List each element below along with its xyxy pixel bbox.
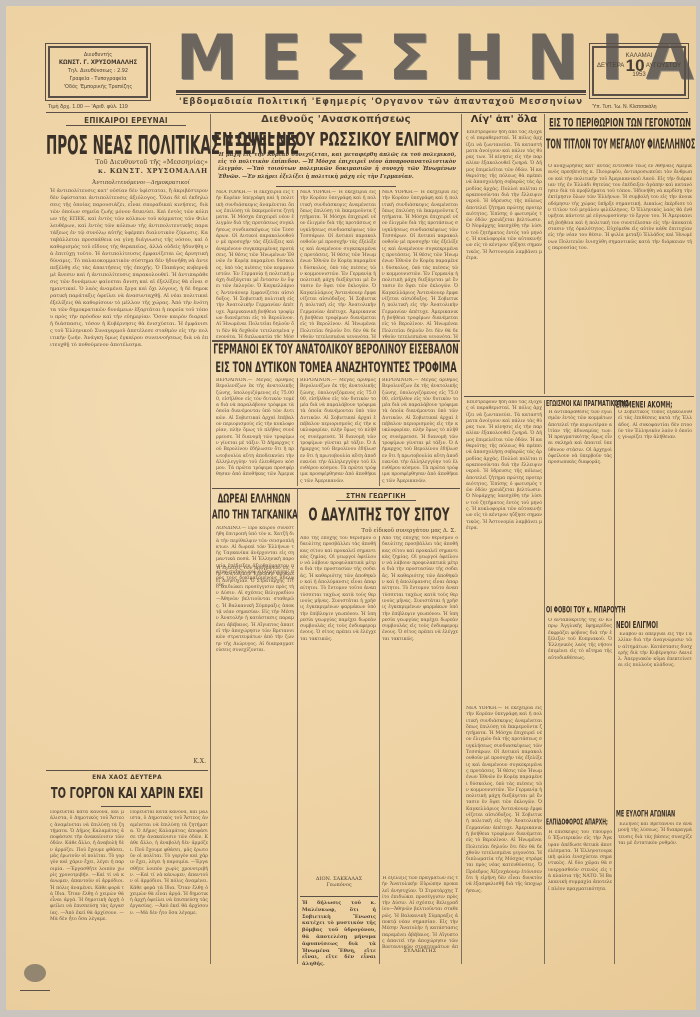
misc-kicker: Λίγ' ἀπ' ὅλα (464, 114, 544, 125)
philhellene-body: Ὁ ἀναχωρήσας κατ' αὐτὰς ἐντεῦθεν τέως ἐν… (548, 164, 692, 390)
grain-signature: ΔΙΟΝ. ΣΑΚΚΑΛΑΣ Γεωπόνος (302, 876, 376, 888)
publisher-line: 'Υπ. Τυπ. 'Ιω. Ν. Κλατσακάλη (592, 104, 657, 110)
section-rule (212, 488, 460, 489)
masthead-subtitle: 'Εβδομαδιαία Πολιτική 'Εφημερίς 'Οργανον… (176, 97, 586, 107)
intl-review-headline: ΕΝ ΟΨΕΙ ΝΕΟΥ ΡΩΣΣΙΚΟΥ ΕΛΙΓΜΟΥ (212, 130, 460, 151)
intl-review-lead: Ἡ μάχη εἰς τὴν Κορέαν συνεχίζεται, καὶ μ… (218, 152, 456, 184)
still-more-body: Ὁ Σοβιετικὸς τύπος ἐξακολουθεῖ τὰς ἐπιθέ… (618, 410, 692, 632)
header-rule (46, 112, 688, 113)
grain-headline: Ο ΔΑΥΛΙΤΗΣ ΤΟΥ ΣΙΤΟΥ (298, 504, 460, 525)
left-lead-headline: ΠΡΟΣ ΝΕΑΣ ΠΟΛΙΤΙΚΑΣ ΕΞΕΛΙΞΕΙΣ (46, 130, 208, 161)
intl-review-kicker: Διεθνοῦς 'Ανασκοπήσεως (231, 114, 441, 125)
intl-review-body-col3: ΝΕΑ ΥΟΡΚΗ.— Ἡ ἐκεχειρία εἰς τὴν Κορέαν ὑ… (382, 190, 458, 338)
tanganyika-headline-1: ΔΩΡΕΑΙ ΕΛΛΗΝΩΝ (212, 492, 296, 506)
masthead-title: ΜΕΣΣΗΝΙΑ (176, 28, 586, 88)
grain-kicker: ΣΤΗΝ ΓΕΩΡΓΙΚΗ (336, 492, 416, 501)
editor-box: Διευθυντής ΚΩΝΣΤ. Γ. ΧΡΥΣΟΜΑΛΛΗΣ Τηλ. Δι… (48, 46, 148, 98)
stamp-rule (20, 990, 50, 991)
center-left-body: Ἡ ἐξέλιξις τῶν πραγμάτων εἰς τὴν Ἀνατολι… (216, 566, 294, 956)
column-rule (379, 190, 380, 338)
date-line: ΔΕΥΤΕΡΑ 10 ΑΥΓΟΥΣΤΟΥ (594, 61, 684, 71)
grain-body-col2: Ἀπὸ τῆς ἐποχῆς τοῦ θερισμοῦ ὁ δαυλίτης π… (382, 536, 458, 876)
tanganyika-headline-2: ΑΠΟ ΤΗΝ ΤΑΓΚΑΝΙΚΑ (212, 508, 296, 522)
headline-underline (101, 806, 151, 807)
grain-body-col1: Ἀπὸ τῆς ἐποχῆς τοῦ θερισμοῦ ὁ δαυλίτης π… (300, 536, 376, 876)
section-rule (300, 896, 378, 897)
section-rule (212, 340, 460, 342)
hopeful-start-headline: ΕΛΠΙΔΟΦΟΡΟΣ ΑΠΑΡΧΗ; (546, 818, 614, 828)
misc-body: Ἐπιστρέφουν ἤδη ἀπὸ τὰς ἐξοχὰς οἱ παραθε… (466, 130, 542, 395)
right-col1-lower-body: ΝΕΑ ΥΟΡΚΗ.— Ἡ ἐκεχειρία εἰς τὴν Κορέαν ὑ… (466, 706, 542, 946)
germany-headline-1: ΓΕΡΜΑΝΟΙ ΕΚ ΤΟΥ ΑΝΑΤΟΛΙΚΟΥ ΒΕΡΟΛΙΝΟΥ ΕΙΣ… (212, 343, 460, 358)
masthead-rule-thin (176, 94, 586, 95)
price-line: Τιμὴ δρχ. 1.00 — 'Αριθ. φύλ. 119 (48, 104, 128, 110)
editor-label: Διευθυντής (50, 51, 146, 59)
library-stamp (24, 964, 46, 982)
date-box: ΚΑΛΑΜΑΙ ΔΕΥΤΕΡΑ 10 ΑΥΓΟΥΣΤΟΥ 1953 (592, 46, 686, 96)
newspaper-page: Διευθυντής ΚΩΝΣΤ. Γ. ΧΡΥΣΟΜΑΛΛΗΣ Τηλ. Δι… (6, 6, 696, 1010)
new-struggles-headline: ΝΕΟΙ ΕΛΙΓΜΟΙ (616, 620, 694, 631)
malenkov-note: Ἡ δήλωσις τοῦ κ. Μαλένκωφ, ὅτι ἡ Σοβιετι… (302, 900, 376, 968)
left-lead-byline: Τοῦ Διευθυντοῦ τῆς «Μεσσηνίας» κ. ΚΩΝΣΤ.… (66, 158, 208, 176)
fears-headline: ΟΙ ΦΟΒΟΙ ΤΟΥ κ. ΜΠΑΡΟΥΤΗ (546, 606, 614, 616)
left-lead-body: Ἡ ἀντιπολίτευσις κατ' οὐσίαν δὲν ὑφίστατ… (50, 188, 208, 756)
still-more-headline: ΕΠΙΜΕΝΕΙ ΑΚΟΜΗ; (616, 400, 694, 411)
left-lead-signature: Κ.Χ. (156, 758, 206, 765)
year: 1953 (594, 71, 684, 80)
section-rule (46, 770, 208, 771)
hopeful-start-body: Ἡ ἐπίσκεψις τοῦ Ὑπουργοῦ Ἐξωτερικῶν εἰς … (548, 830, 612, 958)
section-rule (464, 396, 694, 397)
fears-body: Ὁ ἀνταποκριτὴς τῆς ἐν Κύπρῳ Ἀγγλικῆς ἐφη… (548, 618, 612, 808)
column-rule (379, 378, 380, 486)
germany-body-col2: ΒΕΡΟΛΙΝΟΝ.— Μέγας ἀριθμὸς Βερολινέζων ἐκ… (300, 378, 376, 486)
masthead-rule (176, 90, 586, 93)
quarrels-body: Ἡ ἀντιπαράθεσις τῶν ἐγωισμῶν ἐντὸς τῶν κ… (548, 410, 612, 580)
lead-rule (276, 186, 396, 187)
left-lead-kicker: ΕΠΙΚΑΙΡΟΙ ΕΡΕΥΝΑΙ (66, 116, 186, 126)
germany-body-col1: ΒΕΡΟΛΙΝΟΝ.— Μέγας ἀριθμὸς Βερολινέζων ἐκ… (216, 378, 294, 478)
center-bottom-signature: ΣΥΛΛΕΚΤΗΣ (382, 948, 458, 954)
philhellene-kicker: ΕΙΣ ΤΟ ΠΕΡΙΘΩΡΙΟΝ ΤΩΝ ΓΕΓΟΝΟΤΩΝ (546, 116, 694, 130)
germany-headline-2: ΕΙΣ ΤΟΝ ΔΥΤΙΚΟΝ ΤΟΜΕΑ ΑΝΑΖΗΤΟΥΝΤΕΣ ΤΡΟΦΙ… (212, 360, 460, 377)
column-rule (297, 378, 298, 486)
new-struggles-body: Ἔλαβον αἱ ἀπεργίαι εἰς τὴν Γαλλίαν διὰ τ… (618, 632, 692, 802)
right-col1-body: Ἐπιστρέφουν ἤδη ἀπὸ τὰς ἐξοχὰς οἱ παραθε… (466, 400, 542, 700)
editor-name: ΚΩΝΣΤ. Γ. ΧΡΥΣΟΜΑΛΛΗΣ (50, 59, 146, 67)
offices-label: Γραφεῖα - Τυπογραφεῖα (50, 75, 146, 83)
quarrels-headline: ΕΓΩΙΣΜΟΙ ΚΑΙ ΠΡΑΓΜΑΤΙΚΟΤΗΣ (546, 400, 614, 409)
column-rule (297, 488, 298, 964)
column-rule (210, 114, 211, 964)
column-rule (461, 114, 462, 964)
monday-kicker: ΕΝΑ ΧΑΟΣ ΔΕΥΤΕΡΑ (46, 773, 208, 781)
germany-body-col3: ΒΕΡΟΛΙΝΟΝ.— Μέγας ἀριθμὸς Βερολινέζων ἐκ… (382, 378, 458, 486)
intl-review-body-col2: ΝΕΑ ΥΟΡΚΗ.— Ἡ ἐκεχειρία εἰς τὴν Κορέαν ὑ… (300, 190, 376, 338)
column-rule (379, 536, 380, 964)
column-rule (544, 114, 545, 394)
monday-body-col2: Πορεύεται κατὰ κανόνα, καὶ μάλιστα, ὁ Δη… (130, 810, 208, 960)
intl-review-body-col1: ΝΕΑ ΥΟΡΚΗ.— Ἡ ἐκεχειρία εἰς τὴν Κορέαν ὑ… (216, 190, 294, 338)
center-bottom-body: Ἡ ἐξέλιξις τῶν πραγμάτων εἰς τὴν Ἀνατολι… (382, 876, 458, 948)
left-lead-subhead: Ἀντιπολιτευόμενοι—Δημοκρατικοί (86, 180, 196, 186)
offices-address: 'Οδός 'Εμπορικῆς Τραπέζης (50, 83, 146, 91)
grain-byline: Τοῦ εἰδικοῦ συνεργάτου μας Δ. Σ. (300, 528, 456, 534)
philhellene-headline: ΤΟΝ ΤΙΤΛΟΝ ΤΟΥ ΜΕΓΑΛΟΥ ΦΙΛΕΛΛΗΝΟΣ (546, 136, 694, 152)
monday-headline: ΤΟ ΓΟΡΓΟΝ ΚΑΙ ΧΑΡΙΝ ΕΧΕΙ (46, 784, 208, 802)
blessed-agony-body: Ἔλληνες καὶ Βρεταννοὶ ἐν ἀναμονῇ τῆς λύσ… (618, 822, 692, 958)
editor-phone: Τηλ. Διευθύνσεως : 2.92 (50, 67, 146, 75)
monday-body-col1: Πορεύεται κατὰ κανόνα, καὶ μάλιστα, ὁ Δη… (50, 810, 124, 960)
column-rule (544, 400, 545, 964)
column-rule (614, 400, 615, 964)
column-rule (297, 190, 298, 338)
blessed-agony-headline: ΜΕ ΕΥΛΟΓΗ ΑΓΩΝΙΑΝ (616, 810, 694, 820)
